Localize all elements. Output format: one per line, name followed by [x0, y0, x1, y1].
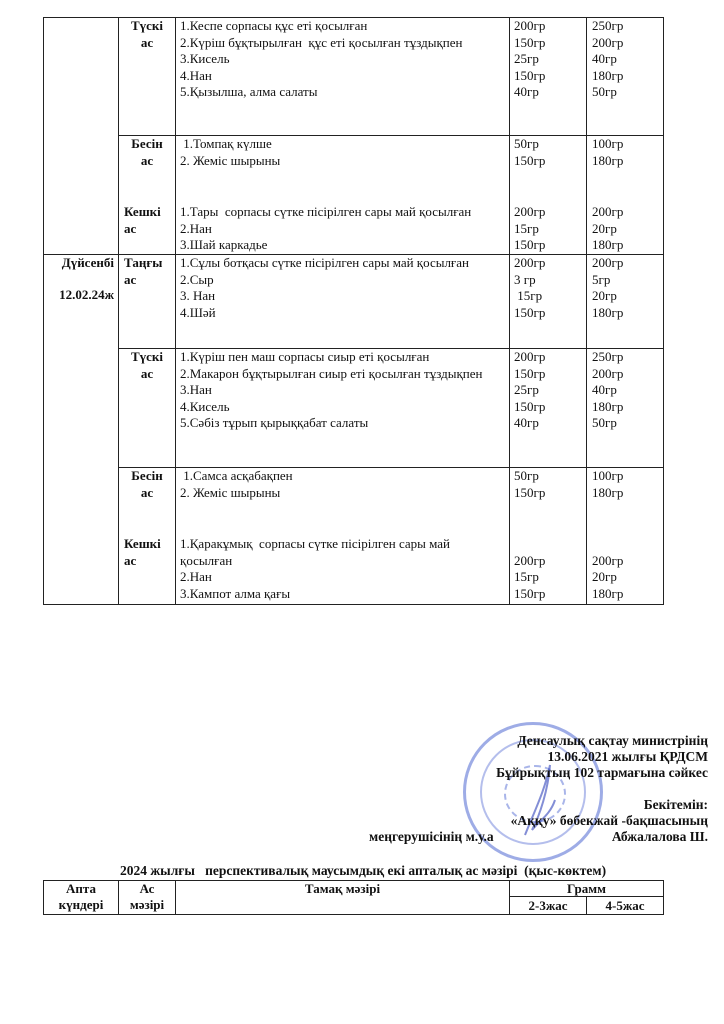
meal-label: Бесін: [119, 468, 175, 485]
gram-4-5: 20гр: [592, 288, 617, 305]
meal-label: Түскі: [119, 18, 175, 35]
day-date: 12.02.24ж: [44, 287, 114, 304]
gram-4-5: 250гр: [592, 349, 623, 366]
gram-4-5: 200гр: [592, 553, 623, 570]
meal-label: ас: [119, 153, 175, 170]
menu-item: 2. Жеміс шырыны: [180, 153, 508, 170]
menu-item: 1.Сұлы ботқасы сүтке пісірілген сары май…: [180, 255, 508, 272]
menu-item: 3.Кисель: [180, 51, 508, 68]
approval-line-3: Бұйрықтың 102 тармағына сәйкес: [496, 765, 708, 782]
meal-label: ас: [119, 485, 175, 502]
approval-line-4: Бекітемін:: [644, 797, 708, 814]
gram-4-5: 180гр: [592, 68, 623, 85]
document-page: Түскіас1.Кеспе сорпасы құс еті қосылған2…: [0, 0, 724, 1024]
meal-label: ас: [124, 221, 136, 238]
gram-4-5: 180гр: [592, 305, 623, 322]
header-food-menu: Тамақ мәзірі: [176, 881, 509, 898]
approval-signatory: Абжалалова Ш.: [612, 829, 708, 846]
menu-item: 4.Шәй: [180, 305, 508, 322]
menu-item: 1.Самса асқабақпен: [180, 468, 508, 485]
approval-line-1: Денсаулық сақтау министрінің: [517, 733, 708, 750]
gram-2-3: 200гр: [514, 255, 545, 272]
header-age-2-3: 2-3жас: [510, 898, 586, 915]
gram-2-3: 150гр: [514, 366, 545, 383]
gram-4-5: 40гр: [592, 382, 617, 399]
gram-4-5: 100гр: [592, 136, 623, 153]
menu-item: 1.Тары сорпасы сүтке пісірілген сары май…: [180, 204, 508, 221]
meal-label: ас: [119, 35, 175, 52]
gram-2-3: 15гр: [514, 569, 539, 586]
gram-2-3: 150гр: [514, 485, 545, 502]
gram-4-5: 180гр: [592, 153, 623, 170]
gram-2-3: 25гр: [514, 51, 539, 68]
menu-item: 2.Макарон бұқтырылған сиыр еті қосылған …: [180, 366, 508, 383]
gram-4-5: 250гр: [592, 18, 623, 35]
gram-2-3: 150гр: [514, 399, 545, 416]
gram-4-5: 200гр: [592, 366, 623, 383]
gram-2-3: 25гр: [514, 382, 539, 399]
gram-2-3: 150гр: [514, 305, 545, 322]
gram-4-5: 5гр: [592, 272, 610, 289]
gram-2-3: 200гр: [514, 553, 545, 570]
menu-item: 3.Нан: [180, 382, 508, 399]
gram-4-5: 20гр: [592, 569, 617, 586]
gram-2-3: 40гр: [514, 84, 539, 101]
menu-item: 3.Кампот алма қағы: [180, 586, 508, 603]
menu-item: 1.Кеспе сорпасы құс еті қосылған: [180, 18, 508, 35]
menu-item: 1.Қаракұмық сорпасы сүтке пісірілген сар…: [180, 536, 508, 553]
header-week-days-1: Апта: [44, 881, 118, 898]
menu-title: 2024 жылғы перспективалық маусымдық екі …: [120, 863, 606, 880]
meal-label: Таңғы: [124, 255, 162, 272]
header-week-days-2: күндері: [44, 897, 118, 914]
gram-4-5: 180гр: [592, 586, 623, 603]
meal-label: Кешкі: [124, 536, 161, 553]
meal-label: ас: [124, 272, 136, 289]
gram-2-3: 15гр: [514, 221, 539, 238]
menu-item: 1.Томпақ күлше: [180, 136, 508, 153]
gram-2-3: 150гр: [514, 35, 545, 52]
menu-item: 4.Нан: [180, 68, 508, 85]
meal-label: ас: [124, 553, 136, 570]
gram-4-5: 50гр: [592, 415, 617, 432]
meal-label: Түскі: [119, 349, 175, 366]
menu-item: 3.Шай каркадье: [180, 237, 508, 254]
gram-4-5: 50гр: [592, 84, 617, 101]
gram-4-5: 180гр: [592, 399, 623, 416]
menu-item: 2. Жеміс шырыны: [180, 485, 508, 502]
gram-2-3: 50гр: [514, 468, 539, 485]
gram-4-5: 200гр: [592, 255, 623, 272]
gram-2-3: 40гр: [514, 415, 539, 432]
gram-4-5: 180гр: [592, 485, 623, 502]
meal-label: ас: [119, 366, 175, 383]
header-gram: Грамм: [510, 881, 663, 898]
approval-line-2: 13.06.2021 жылғы ҚРДСМ: [548, 749, 708, 766]
menu-item: 5.Сәбіз тұрып қырыққабат салаты: [180, 415, 508, 432]
gram-2-3: 200гр: [514, 18, 545, 35]
day-name: Дүйсенбі: [44, 255, 114, 272]
menu-item: 5.Қызылша, алма салаты: [180, 84, 508, 101]
gram-2-3: 200гр: [514, 204, 545, 221]
gram-2-3: 150гр: [514, 586, 545, 603]
gram-2-3: 150гр: [514, 153, 545, 170]
gram-4-5: 200гр: [592, 35, 623, 52]
menu-item: 2.Күріш бұқтырылған құс еті қосылған тұз…: [180, 35, 508, 52]
menu-item: 3. Нан: [180, 288, 508, 305]
menu-item: қосылған: [180, 553, 508, 570]
gram-2-3: 3 гр: [514, 272, 536, 289]
gram-2-3: 200гр: [514, 349, 545, 366]
header-age-4-5: 4-5жас: [587, 898, 663, 915]
approval-line-6-left: меңгерушісінің м.у.а: [369, 829, 494, 846]
meal-label: Кешкі: [124, 204, 161, 221]
menu-item: 2.Сыр: [180, 272, 508, 289]
header-menu-1: Ас: [119, 881, 175, 898]
meal-label: Бесін: [119, 136, 175, 153]
menu-item: 2.Нан: [180, 221, 508, 238]
gram-4-5: 200гр: [592, 204, 623, 221]
gram-2-3: 50гр: [514, 136, 539, 153]
gram-2-3: 15гр: [514, 288, 542, 305]
gram-4-5: 180гр: [592, 237, 623, 254]
gram-4-5: 40гр: [592, 51, 617, 68]
gram-4-5: 100гр: [592, 468, 623, 485]
header-menu-2: мәзірі: [119, 897, 175, 914]
menu-item: 2.Нан: [180, 569, 508, 586]
menu-item: 1.Күріш пен маш сорпасы сиыр еті қосылға…: [180, 349, 508, 366]
approval-line-5: «Аққу» бөбекжай -бақшасының: [511, 813, 708, 830]
gram-2-3: 150гр: [514, 68, 545, 85]
gram-2-3: 150гр: [514, 237, 545, 254]
menu-item: 4.Кисель: [180, 399, 508, 416]
gram-4-5: 20гр: [592, 221, 617, 238]
